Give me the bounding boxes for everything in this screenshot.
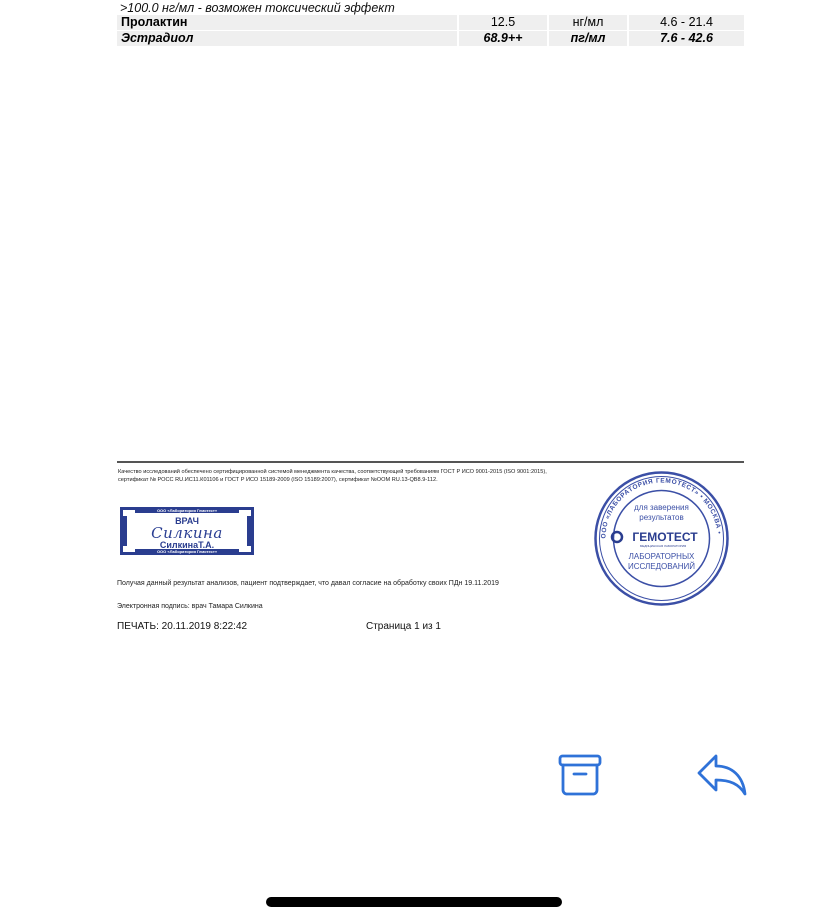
reply-button[interactable] [696, 752, 748, 798]
home-indicator[interactable] [266, 897, 562, 907]
reply-arrow-icon [696, 752, 748, 798]
archive-box-icon [557, 753, 603, 797]
test-range: 7.6 - 42.6 [629, 31, 744, 46]
seal-line-4: ИССЛЕДОВАНИЙ [628, 562, 695, 571]
stamp-org-bottom: ООО «Лаборатория Гемотест» [135, 549, 239, 554]
seal-brand-sub: МЕДИЦИНСКАЯ ЛАБОРАТОРИЯ [640, 544, 686, 548]
consent-text: Получая данный результат анализов, пацие… [117, 580, 499, 587]
footer-divider [117, 461, 744, 463]
test-unit: нг/мл [549, 15, 627, 30]
quality-statement: Качество исследований обеспечено сертифи… [118, 469, 563, 484]
stamp-org-top: ООО «Лаборатория Гемотест» [135, 508, 239, 513]
test-unit: пг/мл [549, 31, 627, 46]
seal-line-2: результатов [639, 513, 683, 522]
seal-line-1: для заверения [634, 503, 689, 512]
toxicity-note: >100.0 нг/мл - возможен токсический эффе… [120, 1, 395, 15]
seal-line-3: ЛАБОРАТОРНЫХ [629, 552, 695, 561]
test-name: Эстрадиол [117, 31, 457, 46]
test-value: 68.9++ [459, 31, 547, 46]
lab-seal: ООО «ЛАБОРАТОРИЯ ГЕМОТЕСТ» • МОСКВА • дл… [593, 470, 730, 607]
test-value: 12.5 [459, 15, 547, 30]
archive-button[interactable] [557, 753, 603, 797]
table-row: Эстрадиол 68.9++ пг/мл 7.6 - 42.6 [117, 31, 744, 46]
page-number: Страница 1 из 1 [366, 621, 441, 632]
electronic-signature: Электронная подпись: врач Тамара Силкина [117, 603, 263, 610]
table-row: Пролактин 12.5 нг/мл 4.6 - 21.4 [117, 15, 744, 30]
document-page: >100.0 нг/мл - возможен токсический эффе… [0, 0, 828, 660]
print-timestamp: ПЕЧАТЬ: 20.11.2019 8:22:42 [117, 621, 247, 632]
doctor-stamp: ООО «Лаборатория Гемотест» ВРАЧ Силкина … [120, 507, 254, 555]
test-range: 4.6 - 21.4 [629, 15, 744, 30]
test-name: Пролактин [117, 15, 457, 30]
seal-brand: ГЕМОТЕСТ [632, 530, 698, 544]
